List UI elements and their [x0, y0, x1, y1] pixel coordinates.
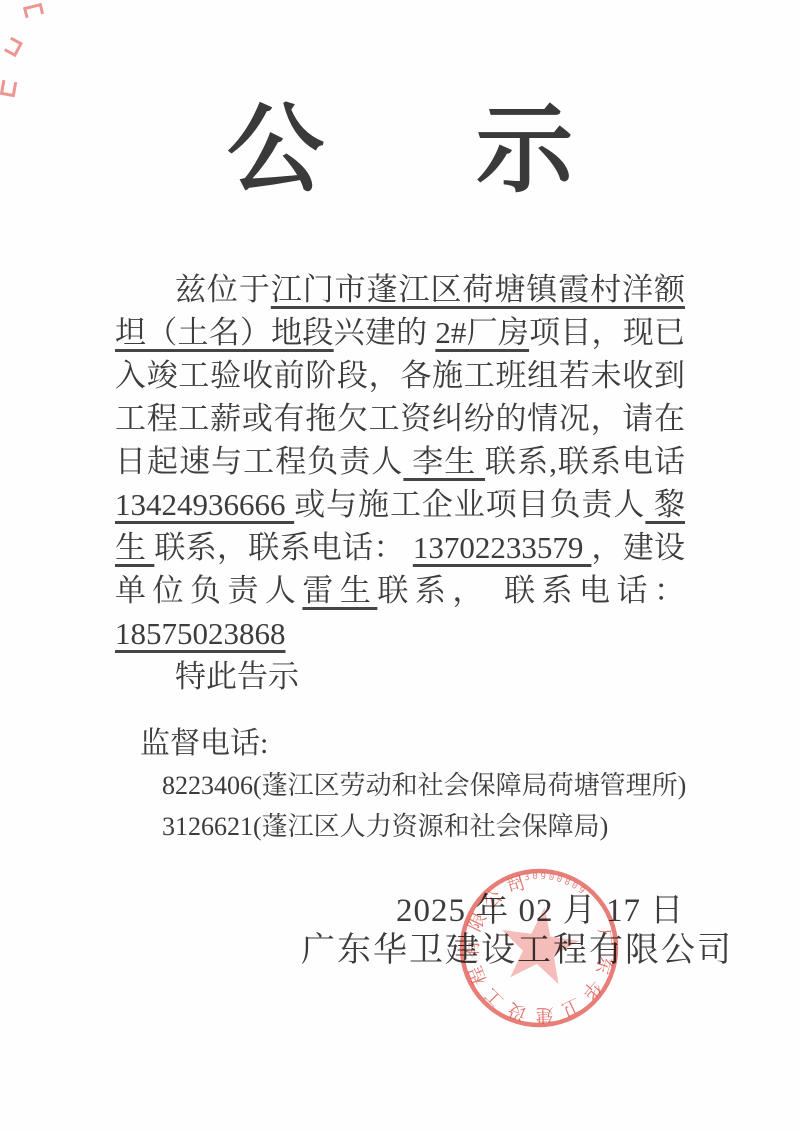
body-text: 入竣工验收前阶段，各施工班组若未收到该 [115, 358, 685, 397]
body-line: 工程工薪或有拖欠工资纠纷的情况，请在即 [115, 397, 685, 440]
date-line: 2025 年 02 月 17 日 [396, 892, 684, 930]
body-text-underlined: 2#厂房 [435, 315, 529, 350]
body-text-underlined: 13702233579 [413, 530, 592, 565]
stamp-fragment-icon [23, 3, 44, 18]
body-text-underlined: 李生 [403, 444, 485, 479]
body-line: 18575023868 [115, 612, 685, 655]
body-line: 13424936666 或与施工企业项目负责人 黎 [115, 483, 685, 526]
supervision-phone-1: 8223406(蓬江区劳动和社会保障局荷塘管理所) [162, 771, 686, 801]
stamp-fragment-icon [0, 80, 17, 97]
body-line: 兹位于江门市蓬江区荷塘镇霞村洋额 [115, 268, 685, 311]
body-text-underlined: 江门市蓬江区荷塘镇霞村洋额 [271, 272, 685, 307]
stamp-fragment-icon [4, 37, 23, 57]
title-char-1: 公 [227, 102, 324, 199]
company-name: 广东华卫建设工程有限公司 [301, 931, 733, 971]
body-line: 坦（土名）地段兴建的 2#厂房项目，现已进 [115, 311, 685, 354]
page-title: 公 示 [0, 102, 800, 199]
body-text: 单位负责人 [115, 573, 302, 608]
body-text-underlined: 黎 [645, 487, 685, 522]
notice-document-page: 公 示 兹位于江门市蓬江区荷塘镇霞村洋额 坦（土名）地段兴建的 2#厂房项目，现… [0, 0, 800, 1131]
body-text: 兴建的 [334, 315, 436, 350]
title-char-2: 示 [476, 102, 573, 199]
supervision-phone-2: 3126621(蓬江区人力资源和社会保障局) [162, 812, 608, 842]
body-text: 联系，联系电话： [154, 530, 412, 565]
body-line: 入竣工验收前阶段，各施工班组若未收到该 [115, 354, 685, 397]
body-text: 工程工薪或有拖欠工资纠纷的情况，请在即 [115, 401, 685, 440]
closing-text: 特此告示 [175, 659, 299, 694]
supervision-heading: 监督电话: [140, 727, 268, 761]
body-text: 联系， 联系电话： [377, 573, 685, 608]
body-text-underlined: 13424936666 [115, 487, 294, 522]
notice-body: 兹位于江门市蓬江区荷塘镇霞村洋额 坦（土名）地段兴建的 2#厂房项目，现已进 入… [115, 268, 685, 698]
body-text: 日起速与工程负责人 [115, 444, 403, 479]
body-text-underlined: 坦（土名）地段 [115, 315, 334, 350]
body-line: 日起速与工程负责人 李生 联系,联系电话 [115, 440, 685, 483]
closing-line: 特此告示 [115, 655, 685, 698]
body-text-underlined: 雷生 [302, 573, 377, 608]
body-text: 或与施工企业项目负责人 [294, 487, 645, 522]
body-line: 生 联系，联系电话： 13702233579 ，建设 [115, 526, 685, 569]
body-text: ，建设 [591, 530, 685, 565]
body-text-underlined: 生 [115, 530, 154, 565]
body-text: 联系,联系电话 [485, 444, 685, 479]
body-text: 兹位于 [175, 272, 271, 307]
body-text-underlined: 18575023868 [115, 616, 286, 651]
body-line: 单位负责人雷生联系， 联系电话： [115, 569, 685, 612]
